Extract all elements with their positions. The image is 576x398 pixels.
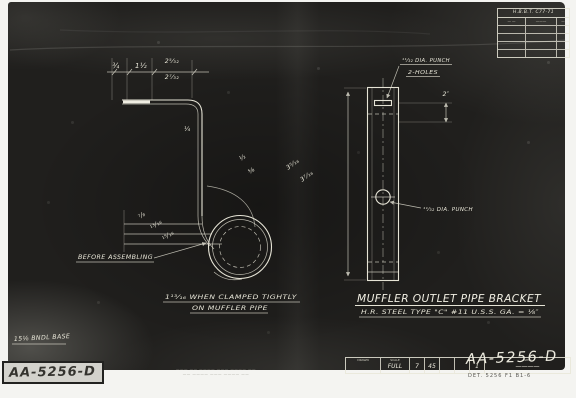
film-speckles (8, 2, 9, 3)
revision-col-label: — (557, 18, 569, 25)
scanned-blueprint-page: ¾ 1½ 2⁵⁄₃₂ 2⁷⁄₃₂ ⁷⁄₈ ¹³⁄₁₆ ¹⁵⁄₁₆ ¼ ½ ⅝ B… (0, 0, 576, 398)
cell-value: FULL (381, 362, 409, 372)
cell-header (440, 358, 454, 362)
title-block-cell: 45 (425, 358, 440, 373)
title-block-cell: 7 (410, 358, 425, 373)
revision-col-label: — — (498, 18, 526, 25)
cell-value: 7 (410, 362, 424, 372)
revision-col-label: ——— (526, 18, 557, 25)
title-block-cell (440, 358, 455, 373)
blueprint-photo (8, 2, 565, 370)
fine-print-line: —— ———— ——— ———— —— (146, 372, 286, 377)
revision-empty-row (498, 42, 569, 50)
title-block-cell: SCALE FULL (381, 358, 410, 373)
fine-print: ——— —— ———— ——— ———— —— —— ———— ——— ————… (146, 367, 286, 376)
revision-subheader-row: — — ——— — (498, 18, 569, 26)
revision-empty-row (498, 34, 569, 42)
title-block-cell: DRAWN (346, 358, 381, 373)
revision-table-header: H.B.B.T. C77-71 (498, 9, 569, 18)
corner-number-box: AA-5256-D (2, 361, 104, 384)
corner-drawing-number: AA-5256-D (4, 364, 96, 381)
cell-value: 45 (425, 362, 439, 372)
detail-note: DET. 5256 F1 B1-6 (468, 373, 531, 379)
revision-empty-row (498, 50, 569, 57)
revision-empty-row (498, 26, 569, 34)
revision-table: H.B.B.T. C77-71 — — ——— — (497, 8, 570, 58)
drawing-number-handwritten: AA-5256-D (466, 348, 571, 372)
cell-header: DRAWN (346, 358, 380, 362)
